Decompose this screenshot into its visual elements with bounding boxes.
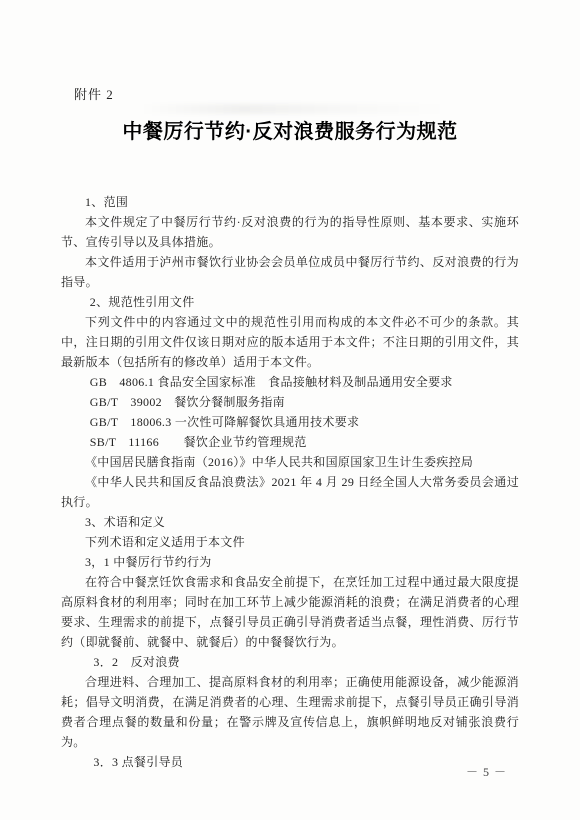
reference-item: GB 4806.1 食品安全国家标准 食品接触材料及制品通用安全要求 [61,372,519,392]
section-heading: 1、范围 [61,192,519,212]
paragraph: 下列术语和定义适用于本文件 [61,532,519,552]
paragraph: 《中国居民膳食指南（2016）》中华人民共和国原国家卫生计生委疾控局 [61,452,519,472]
document-title: 中餐厉行节约·反对浪费服务行为规范 [0,118,580,146]
paragraph: 本文件规定了中餐厉行节约·反对浪费的行为的指导性原则、基本要求、实施环节、宣传引… [61,212,519,252]
paragraph: 《中华人民共和国反食品浪费法》2021 年 4 月 29 日经全国人大常务委员会… [61,472,519,512]
page-number: － 5 － [0,763,507,781]
reference-item: GB/T 39002 餐饮分餐制服务指南 [61,392,519,412]
attachment-label: 附件 2 [0,0,580,104]
document-page: 附件 2 中餐厉行节约·反对浪费服务行为规范 1、范围 本文件规定了中餐厉行节约… [0,0,580,820]
paragraph: 本文件适用于泸州市餐饮行业协会会员单位成员中餐厉行节约、反对浪费的行为指导。 [61,252,519,292]
scan-artifact [140,104,450,114]
paragraph: 下列文件中的内容通过文中的规范性引用而构成的本文件必不可少的条款。其中，注日期的… [61,312,519,372]
reference-item: GB/T 18006.3 一次性可降解餐饮具通用技术要求 [61,412,519,432]
reference-item: SB/T 11166 餐饮企业节约管理规范 [61,432,519,452]
subsection-heading: 3，1 中餐厉行节约行为 [61,552,519,572]
paragraph: 在符合中餐烹饪饮食需求和食品安全前提下，在烹饪加工过程中通过最大限度提高原料食材… [61,572,519,652]
document-body: 1、范围 本文件规定了中餐厉行节约·反对浪费的行为的指导性原则、基本要求、实施环… [61,192,519,772]
section-heading: 3、术语和定义 [61,512,519,532]
subsection-heading: 3．2 反对浪费 [61,652,519,672]
paragraph: 合理进料、合理加工、提高原料食材的利用率；正确使用能源设备，减少能源消耗；倡导文… [61,672,519,752]
section-heading: 2、规范性引用文件 [61,292,519,312]
